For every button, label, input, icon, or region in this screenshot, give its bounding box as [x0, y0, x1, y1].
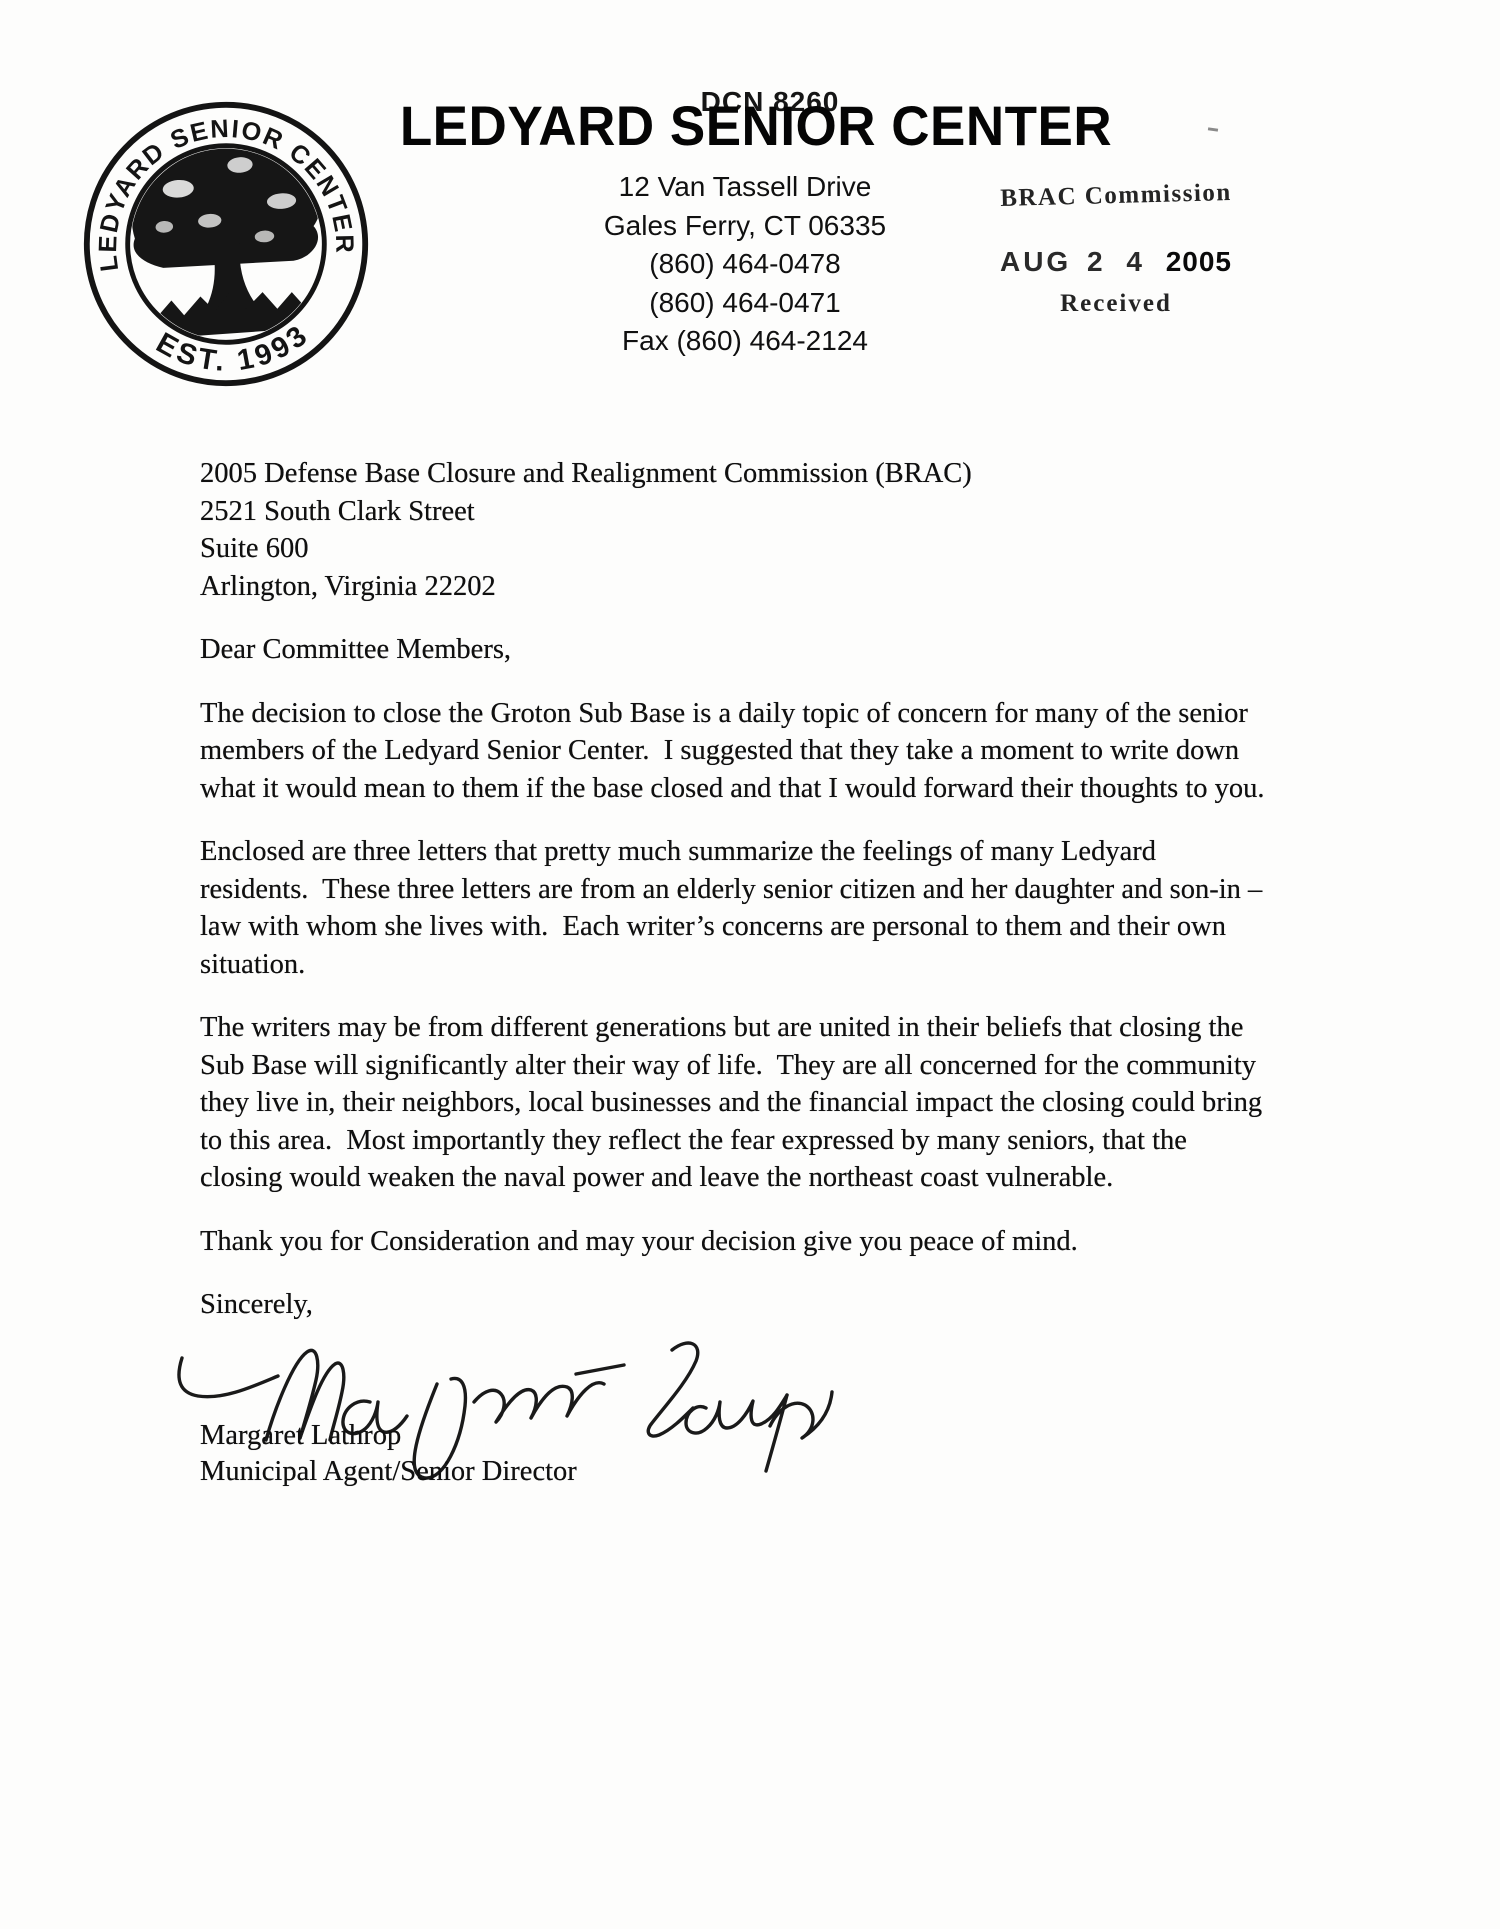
- scan-artifact-mark: [1208, 127, 1218, 131]
- signature-name: Margaret Lathrop: [200, 1418, 1266, 1454]
- letter-body: 2005 Defense Base Closure and Realignmen…: [200, 455, 1266, 1490]
- stamp-date-day: 2 4: [1087, 246, 1150, 277]
- recipient-line: 2521 South Clark Street: [200, 493, 1266, 531]
- stamp-status-line: Received: [985, 290, 1247, 318]
- stamp-org-line: BRAC Commission: [985, 179, 1248, 214]
- body-paragraph: The decision to close the Groton Sub Bas…: [200, 695, 1266, 808]
- stamp-date-month: AUG: [1000, 246, 1071, 277]
- signoff: Sincerely,: [200, 1286, 1266, 1324]
- closing-line: Thank you for Consideration and may your…: [200, 1223, 1266, 1261]
- recipient-line: Suite 600: [200, 530, 1266, 568]
- recipient-line: 2005 Defense Base Closure and Realignmen…: [200, 455, 1266, 493]
- recipient-line: Arlington, Virginia 22202: [200, 568, 1266, 606]
- received-stamp: BRAC Commission AUG 2 4 2005 Received: [985, 182, 1247, 318]
- body-paragraph: Enclosed are three letters that pretty m…: [200, 833, 1266, 983]
- address-line: Fax (860) 464-2124: [390, 322, 1100, 361]
- signature-title: Municipal Agent/Senior Director: [200, 1454, 1266, 1490]
- salutation: Dear Committee Members,: [200, 631, 1266, 669]
- stamp-date-year: 2005: [1166, 246, 1232, 277]
- senior-center-seal-icon: LEDYARD SENIOR CENTER EST. 1993: [70, 88, 382, 400]
- signature-block: Margaret Lathrop Municipal Agent/Senior …: [200, 1418, 1266, 1490]
- body-paragraph: The writers may be from different genera…: [200, 1009, 1266, 1197]
- org-name-title: LEDYARD SENIOR CENTER: [385, 94, 1127, 158]
- recipient-address-block: 2005 Defense Base Closure and Realignmen…: [200, 455, 1266, 605]
- stamp-date: AUG 2 4 2005: [985, 246, 1247, 278]
- scanned-letter-page: LEDYARD SENIOR CENTER EST. 1993 DCN 8260…: [0, 0, 1500, 1929]
